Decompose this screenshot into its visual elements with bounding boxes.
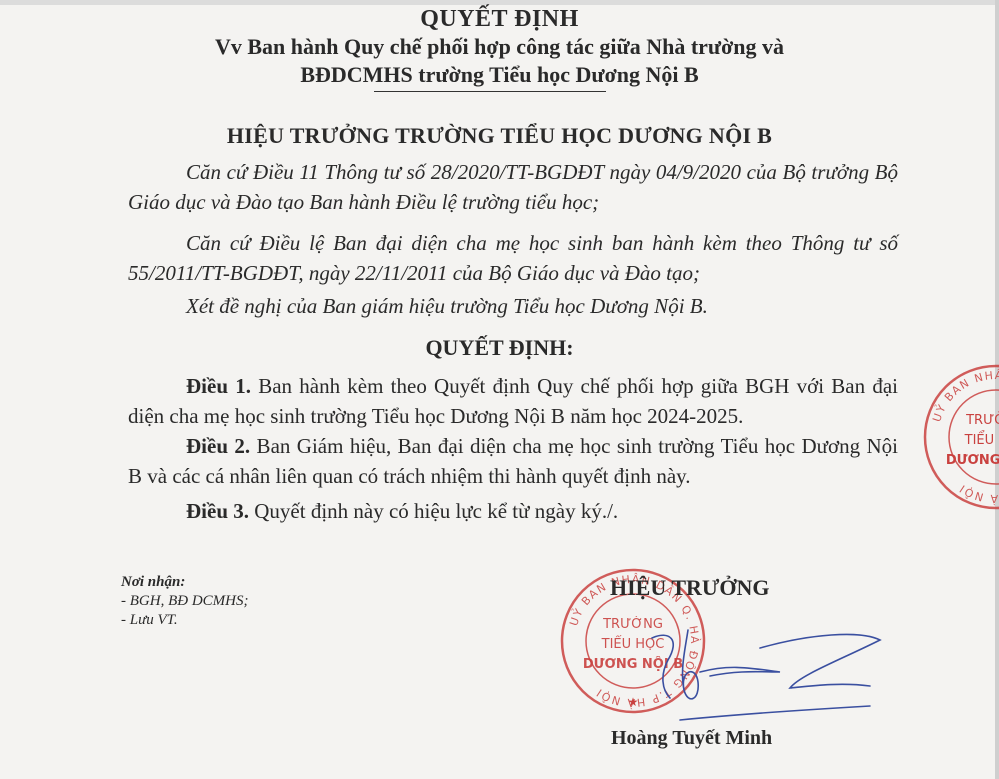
handwritten-signature [640,620,890,730]
issuing-authority: HIỆU TRƯỞNG TRƯỜNG TIỂU HỌC DƯƠNG NỘI B [0,123,999,149]
recipient-item: - BGH, BĐ DCMHS; [121,592,248,611]
recipients-heading: Nơi nhận: [121,573,248,592]
signer-name: Hoàng Tuyết Minh [611,727,772,750]
signer-title: HIỆU TRƯỞNG [610,575,770,601]
svg-text:TRƯỜNG: TRƯỜNG [965,412,999,428]
preamble-2: Căn cứ Điều lệ Ban đại diện cha mẹ học s… [128,228,898,288]
subtitle-line-1: Vv Ban hành Quy chế phối hợp công tác gi… [0,33,999,61]
article-1: Điều 1. Ban hành kèm theo Quyết định Quy… [128,371,898,431]
svg-text:DƯƠNG NỘI B: DƯƠNG NỘI B [946,452,999,468]
document-title: QUYẾT ĐỊNH [0,6,999,33]
svg-text:★: ★ [628,695,639,709]
article-2-label: Điều 2. [186,434,250,458]
decision-heading: QUYẾT ĐỊNH: [0,335,999,361]
svg-text:TIỂU HỌC: TIỂU HỌC [964,431,999,448]
official-stamp-partial: UỶ BAN NHÂN DÂN Q. HÀ ĐÔNG T.P HÀ NỘI TR… [921,362,999,512]
recipient-item: - Lưu VT. [121,611,248,630]
subtitle-line-2: BĐDCMHS trường Tiểu học Dương Nội B [0,61,999,89]
article-3: Điều 3. Quyết định này có hiệu lực kể từ… [128,496,898,526]
article-3-label: Điều 3. [186,499,249,523]
preamble-1: Căn cứ Điều 11 Thông tư số 28/2020/TT-BG… [128,157,898,217]
article-1-label: Điều 1. [186,374,251,398]
document-subtitle: Vv Ban hành Quy chế phối hợp công tác gi… [0,33,999,89]
article-3-text: Quyết định này có hiệu lực kể từ ngày ký… [249,499,618,523]
scan-top-edge [0,0,999,5]
title-underline [374,91,606,92]
article-2: Điều 2. Ban Giám hiệu, Ban đại diện cha … [128,431,898,491]
preamble-3: Xét đề nghị của Ban giám hiệu trường Tiể… [128,291,898,321]
recipients-block: Nơi nhận: - BGH, BĐ DCMHS; - Lưu VT. [121,573,248,630]
